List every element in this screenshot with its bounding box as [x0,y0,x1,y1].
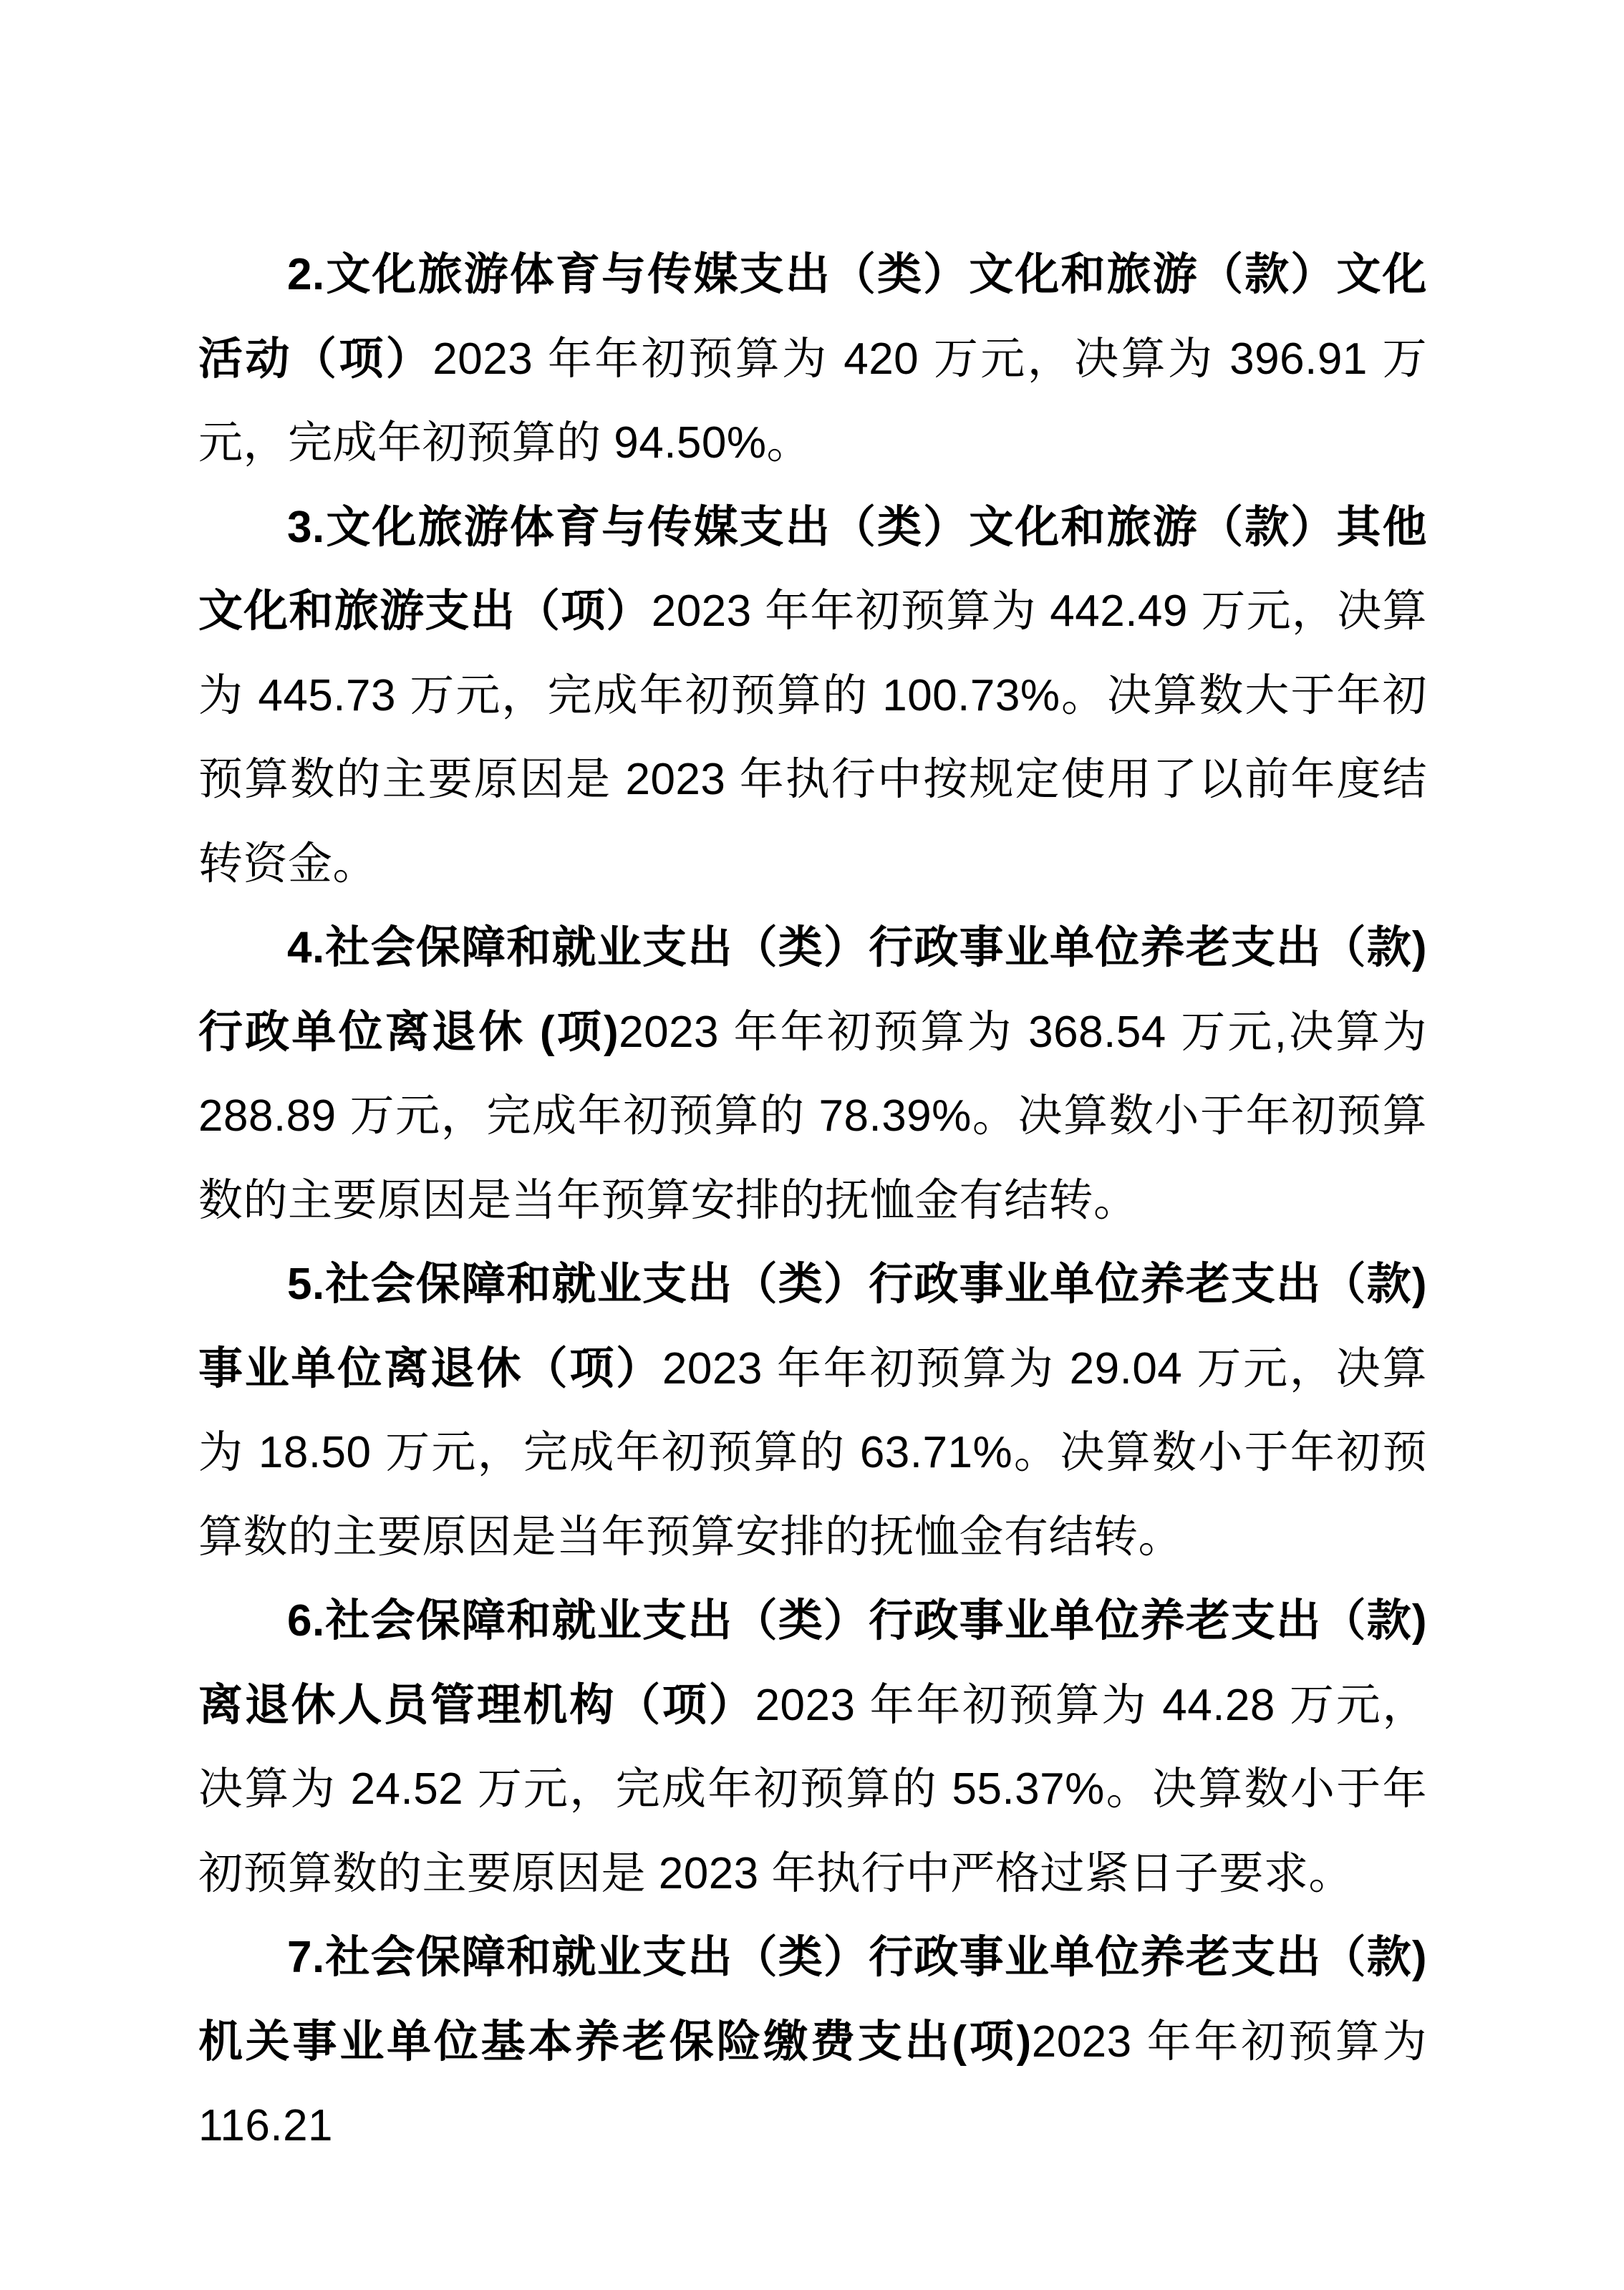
budget-item-paragraph-6: 6.社会保障和就业支出（类）行政事业单位养老支出（款)离退休人员管理机构（项）2… [198,1579,1427,1915]
budget-item-paragraph-4: 4.社会保障和就业支出（类）行政事业单位养老支出（款)行政单位离退休 (项)20… [198,906,1427,1242]
document-page: 2.文化旅游体育与传媒支出（类）文化和旅游（款）文化活动（项）2023 年年初预… [0,0,1624,2290]
budget-item-paragraph-3: 3.文化旅游体育与传媒支出（类）文化和旅游（款）其他文化和旅游支出（项）2023… [198,485,1427,907]
document-body: 2.文化旅游体育与传媒支出（类）文化和旅游（款）文化活动（项）2023 年年初预… [198,233,1427,2168]
budget-item-paragraph-7: 7.社会保障和就业支出（类）行政事业单位养老支出（款)机关事业单位基本养老保险缴… [198,1915,1427,2168]
budget-item-paragraph-2: 2.文化旅游体育与传媒支出（类）文化和旅游（款）文化活动（项）2023 年年初预… [198,233,1427,485]
budget-item-paragraph-5: 5.社会保障和就业支出（类）行政事业单位养老支出（款)事业单位离退休（项）202… [198,1242,1427,1579]
